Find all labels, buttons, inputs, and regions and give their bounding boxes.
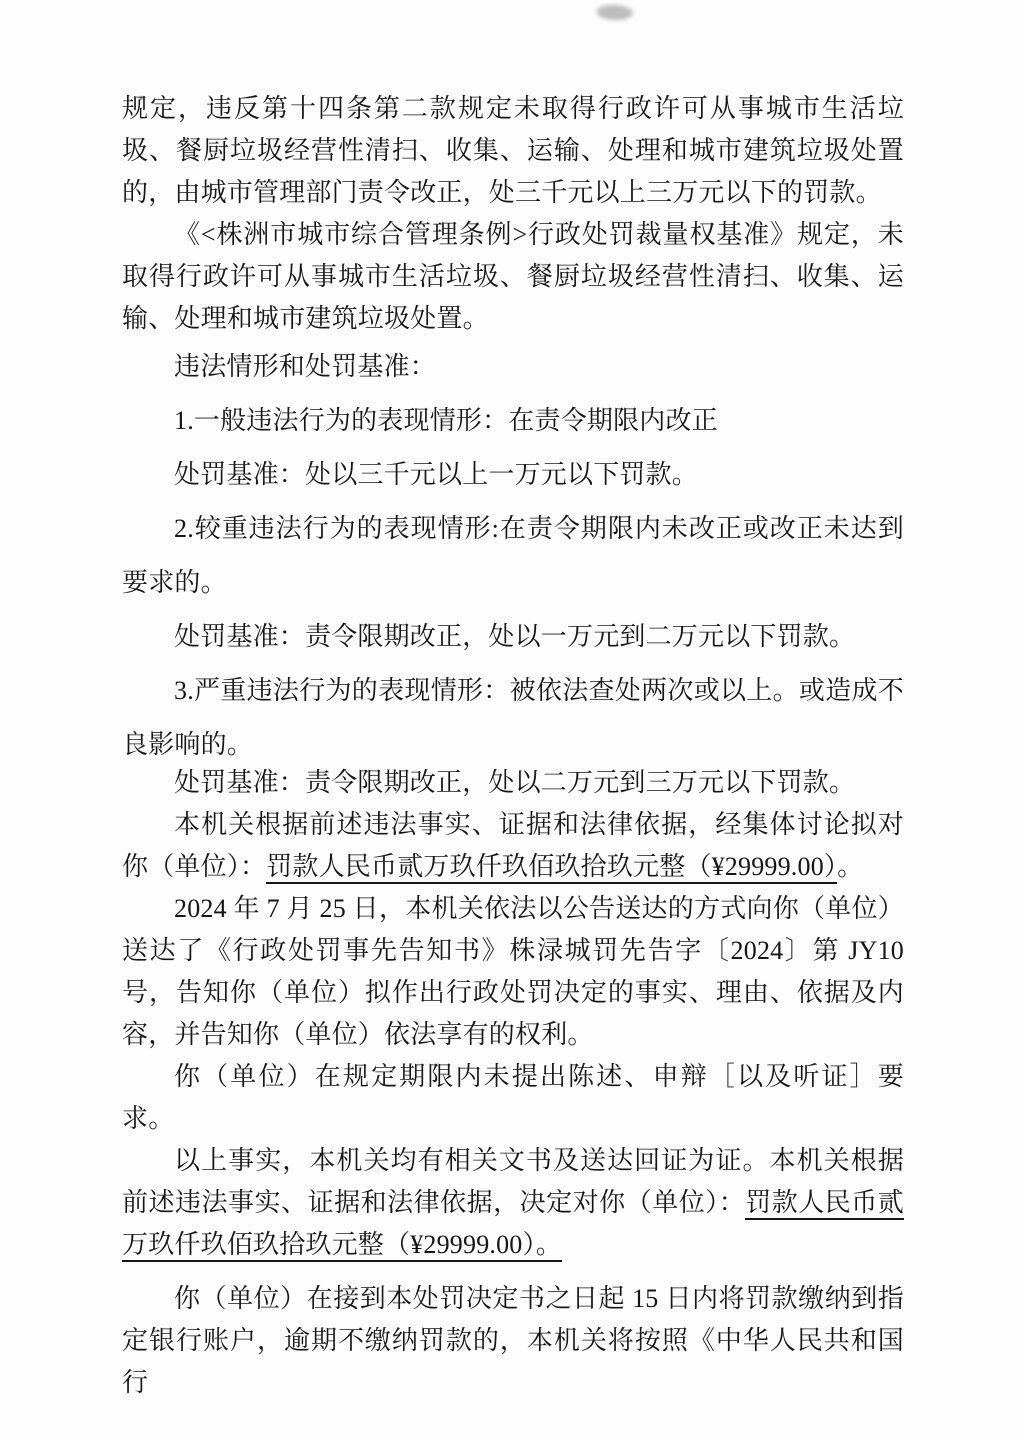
paragraph-prior-notice-service: 2024 年 7 月 25 日，本机关依法以公告送达的方式向你（单位）送达了《行… bbox=[122, 888, 904, 1056]
item-general-violation-situation: 1.一般违法行为的表现情形：在责令期限内改正 bbox=[122, 394, 904, 448]
paragraph-final-decision: 以上事实，本机关均有相关文书及送达回证为证。本机关根据前述违法事实、证据和法律依… bbox=[122, 1140, 904, 1266]
proposed-penalty-period: 。 bbox=[837, 852, 863, 881]
item-moderate-violation-situation: 2.较重违法行为的表现情形:在责令期限内未改正或改正未达到要求的。 bbox=[122, 502, 904, 610]
item-severe-penalty-standard: 处罚基准：责令限期改正，处以二万元到三万元以下罚款。 bbox=[122, 762, 904, 804]
item-general-penalty-standard: 处罚基准：处以三千元以上一万元以下罚款。 bbox=[122, 448, 904, 502]
item-severe-violation-situation: 3.严重违法行为的表现情形：被依法查处两次或以上。或造成不良影响的。 bbox=[122, 664, 904, 772]
paragraph-discretion-standard-regulation: 《<株洲市城市综合管理条例>行政处罚裁量权基准》规定，未取得行政许可从事城市生活… bbox=[122, 214, 904, 340]
paragraph-continuation-legal-basis: 规定，违反第十四条第二款规定未取得行政许可从事城市生活垃圾、餐厨垃圾经营性清扫、… bbox=[122, 88, 904, 214]
paragraph-proposed-penalty: 本机关根据前述违法事实、证据和法律依据，经集体讨论拟对你（单位）：罚款人民币贰万… bbox=[122, 804, 904, 888]
heading-violation-situations-and-standards: 违法情形和处罚基准： bbox=[122, 340, 904, 394]
item-moderate-penalty-standard: 处罚基准：责令限期改正，处以一万元到二万元以下罚款。 bbox=[122, 610, 904, 664]
paragraph-payment-deadline: 你（单位）在接到本处罚决定书之日起 15 日内将罚款缴纳到指定银行账户，逾期不缴… bbox=[122, 1278, 904, 1404]
proposed-fine-amount-underlined: 罚款人民币贰万玖仟玖佰玖拾玖元整（¥29999.00） bbox=[266, 852, 837, 884]
paragraph-no-statement-or-defense: 你（单位）在规定期限内未提出陈述、申辩［以及听证］要求。 bbox=[122, 1056, 904, 1140]
scan-smudge-artifact bbox=[597, 5, 633, 20]
document-body: 规定，违反第十四条第二款规定未取得行政许可从事城市生活垃圾、餐厨垃圾经营性清扫、… bbox=[122, 88, 904, 1404]
scanned-document-page: 规定，违反第十四条第二款规定未取得行政许可从事城市生活垃圾、餐厨垃圾经营性清扫、… bbox=[0, 0, 1024, 1440]
